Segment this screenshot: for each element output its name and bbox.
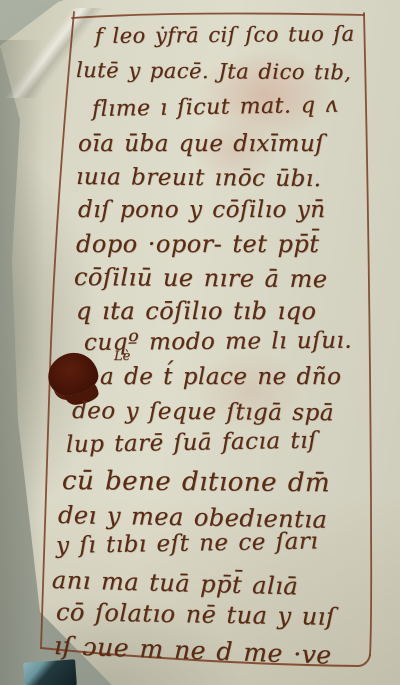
manuscript-line: cū bene dıtıone dm̄ (62, 466, 330, 498)
border-right-line (364, 13, 371, 655)
manuscript-line: ıuıa breuıt ınōc ūbı. (76, 164, 322, 192)
manuscript-line: cōſilıū ue nıre ā me (74, 263, 328, 293)
manuscript-line: a de t́ place ne dño (100, 364, 341, 390)
border-top-line (72, 13, 364, 18)
manuscript-line: f leo ẏfrā ciſ ſco tuo ſa (95, 22, 355, 48)
dark-object-bottom-left (23, 659, 77, 685)
manuscript-line: lutē y pacē. Jta dico tıb, (76, 58, 352, 84)
manuscript-photo: f leo ẏfrā ciſ ſco tuo ſa lutē y pacē. J… (0, 0, 400, 685)
superscript-correction: Lè (114, 349, 130, 364)
manuscript-line: dopo ·opor- tet pp̄t̄ (76, 230, 319, 258)
manuscript-line: q ıta cōſilıo tıb ıqo (76, 297, 316, 325)
manuscript-line: deo y ſeque ſtıgā spā (72, 398, 334, 426)
manuscript-line: flıme ı ſicut mat. q ʌ (92, 93, 338, 122)
manuscript-line: y ſı tıbı eſt ne ce ſarı (56, 528, 319, 559)
manuscript-line: cō ſolatıo nē tua y uıſ (56, 598, 336, 631)
manuscript-line: oīa ūba que dıxīmuſ (78, 131, 324, 157)
manuscript-line: lup tarē ſuā facıa tıſ (66, 428, 317, 458)
manuscript-line: dıſ pono y cōſilıo yn̄ (78, 197, 326, 223)
